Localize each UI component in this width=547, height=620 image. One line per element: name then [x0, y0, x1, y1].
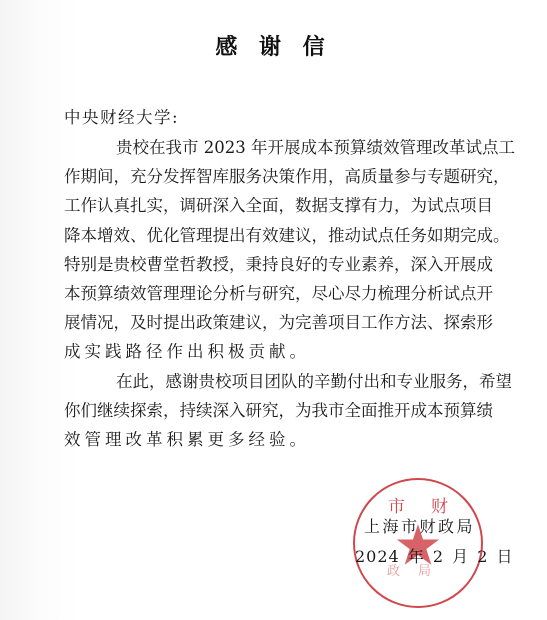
paragraph-1-line-6: 本预算绩效管理理论分析与研究，尽心尽力梳理分析试点开 [64, 279, 482, 308]
paragraph-2-line-2: 你们继续探索，持续深入研究，为我市全面推开成本预算绩 [64, 396, 482, 425]
paragraph-1-line-3: 工作认真扎实，调研深入全面，数据支撑有力，为试点项目 [64, 191, 482, 220]
signature-organization: 上海市财政局 [364, 514, 475, 537]
salutation: 中央财经大学: [64, 104, 179, 128]
paragraph-1-line-5: 特别是贵校曹堂哲教授，秉持良好的专业素养，深入开展成 [64, 250, 482, 279]
paragraph-1-line-7: 展情况，及时提出政策建议，为完善项目工作方法、探索形 [64, 308, 482, 337]
paragraph-2-line-1: 在此，感谢贵校项目团队的辛勤付出和专业服务，希望 [64, 367, 482, 396]
paragraph-1-line-4: 降本增效、优化管理提出有效建议，推动试点任务如期完成。 [64, 221, 482, 250]
paragraph-1-line-2: 作期间，充分发挥智库服务决策作用，高质量参与专题研究， [64, 162, 482, 191]
letter-title: 感 谢 信 [0, 30, 547, 61]
signature-date: 2024 年 2 月 2 日 [355, 544, 514, 567]
paragraph-1-line-1: 贵校在我市 2023 年开展成本预算绩效管理改革试点工 [64, 133, 482, 162]
letter-body: 贵校在我市 2023 年开展成本预算绩效管理改革试点工 作期间，充分发挥智库服务… [64, 133, 484, 454]
paragraph-2-line-3: 效管理改革积累更多经验。 [64, 425, 482, 454]
paragraph-1-line-8: 成实践路径作出积极贡献。 [64, 337, 482, 366]
official-seal: 市财 政局 [353, 478, 483, 608]
